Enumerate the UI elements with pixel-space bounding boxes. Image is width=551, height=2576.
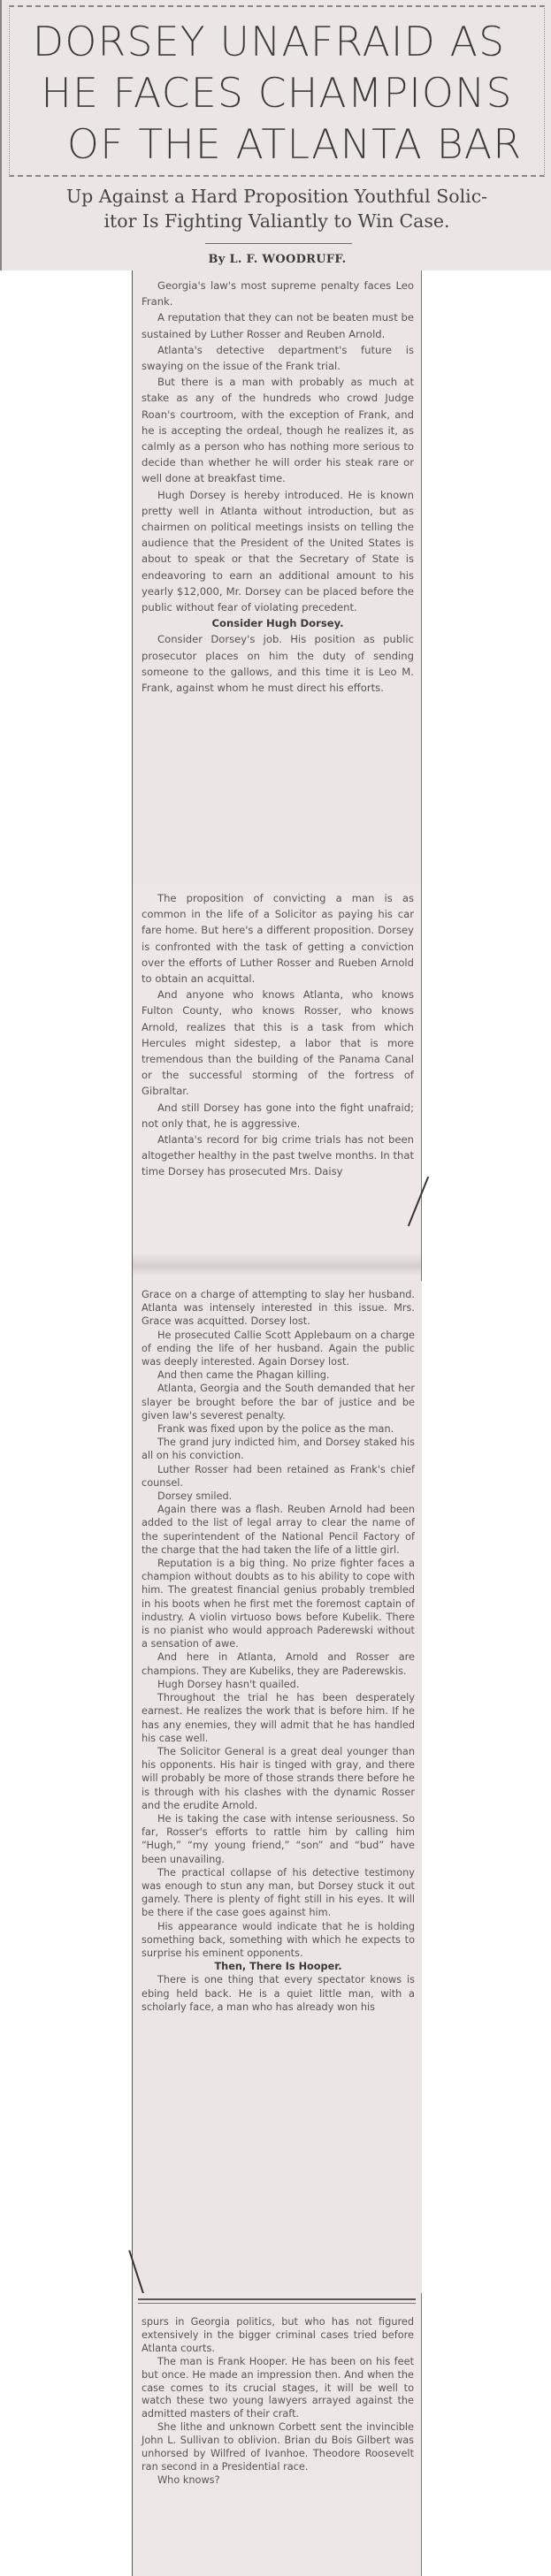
article-paragraph: Hugh Dorsey is hereby introduced. He is …: [142, 487, 414, 616]
article-clipping-2: The proposition of convicting a man is a…: [132, 883, 422, 1281]
article-paragraph: And then came the Phagan killing.: [142, 1368, 415, 1382]
deck-line-1: Up Against a Hard Proposition Youthful S…: [7, 184, 547, 209]
article-body: spurs in Georgia politics, but who has n…: [133, 2313, 421, 2488]
section-subhead: Consider Hugh Dorsey.: [142, 615, 414, 631]
divider-rule: [205, 243, 352, 244]
article-clipping-1: Georgia's law's most supreme penalty fac…: [132, 271, 422, 883]
article-paragraph: Grace on a charge of attempting to slay …: [142, 1288, 415, 1329]
article-paragraph: Luther Rosser had been retained as Frank…: [142, 1463, 415, 1490]
article-body: Grace on a charge of attempting to slay …: [133, 1281, 422, 2014]
byline: By L. F. WOODRUFF.: [2, 253, 551, 266]
article-paragraph: There is one thing that every spectator …: [142, 1973, 415, 2014]
article-paragraph: Again there was a flash. Reuben Arnold h…: [142, 1503, 415, 1557]
article-paragraph: Hugh Dorsey hasn't quailed.: [142, 1678, 415, 1691]
deck-line-2: itor Is Fighting Valiantly to Win Case.: [7, 209, 547, 233]
headline-line-3: OF THE ATLANTA BAR: [10, 118, 544, 170]
article-paragraph: But there is a man with probably as much…: [142, 374, 414, 486]
section-subhead: Then, There Is Hooper.: [142, 1960, 415, 1973]
header-clipping: DORSEY UNAFRAID AS HE FACES CHAMPIONS OF…: [0, 0, 551, 271]
deck-subheadline: Up Against a Hard Proposition Youthful S…: [7, 184, 547, 233]
article-paragraph: And here in Atlanta, Arnold and Rosser a…: [142, 1650, 415, 1677]
article-paragraph: Who knows?: [142, 2474, 414, 2488]
article-paragraph: The proposition of convicting a man is a…: [142, 890, 414, 987]
article-paragraph: Dorsey smiled.: [142, 1490, 415, 1503]
headline-line-1: DORSEY UNAFRAID AS: [10, 16, 544, 67]
article-paragraph: Reputation is a big thing. No prize figh…: [142, 1557, 415, 1650]
article-paragraph: Frank was fixed upon by the police as th…: [142, 1422, 415, 1436]
print-smudge: [133, 1253, 421, 1276]
article-paragraph: Atlanta, Georgia and the South demanded …: [142, 1382, 415, 1422]
article-paragraph: Consider Dorsey's job. His position as p…: [142, 631, 414, 696]
article-paragraph: A reputation that they can not be beaten…: [142, 309, 414, 341]
article-paragraph: The Solicitor General is a great deal yo…: [142, 1745, 415, 1812]
article-paragraph: The man is Frank Hooper. He has been on …: [142, 2356, 414, 2422]
article-paragraph: She lithe and unknown Corbett sent the i…: [142, 2421, 414, 2474]
article-paragraph: Throughout the trial he has been despera…: [142, 1691, 415, 1745]
article-clipping-4: spurs in Georgia politics, but who has n…: [132, 2293, 422, 2576]
article-paragraph: His appearance would indicate that he is…: [142, 1920, 415, 1961]
article-body: The proposition of convicting a man is a…: [133, 883, 421, 1180]
article-paragraph: And anyone who knows Atlanta, who knows …: [142, 987, 414, 1099]
article-paragraph: The grand jury indicted him, and Dorsey …: [142, 1436, 415, 1462]
article-paragraph: spurs in Georgia politics, but who has n…: [142, 2316, 414, 2356]
article-paragraph: He is taking the case with intense serio…: [142, 1812, 415, 1866]
article-paragraph: Atlanta's record for big crime trials ha…: [142, 1132, 414, 1180]
article-clipping-3: Grace on a charge of attempting to slay …: [132, 1281, 422, 2293]
double-rule-divider: [138, 2298, 416, 2304]
article-paragraph: Atlanta's detective department's future …: [142, 342, 414, 374]
article-body: Georgia's law's most supreme penalty fac…: [133, 271, 421, 696]
headline: DORSEY UNAFRAID AS HE FACES CHAMPIONS OF…: [10, 7, 544, 170]
article-paragraph: He prosecuted Callie Scott Applebaum on …: [142, 1329, 415, 1369]
article-paragraph: The practical collapse of his detective …: [142, 1866, 415, 1920]
paper-tear: [408, 1177, 429, 1226]
article-paragraph: And still Dorsey has gone into the fight…: [142, 1100, 414, 1132]
article-paragraph: Georgia's law's most supreme penalty fac…: [142, 278, 414, 309]
headline-line-2: HE FACES CHAMPIONS: [10, 67, 544, 118]
headline-box: DORSEY UNAFRAID AS HE FACES CHAMPIONS OF…: [9, 5, 545, 177]
